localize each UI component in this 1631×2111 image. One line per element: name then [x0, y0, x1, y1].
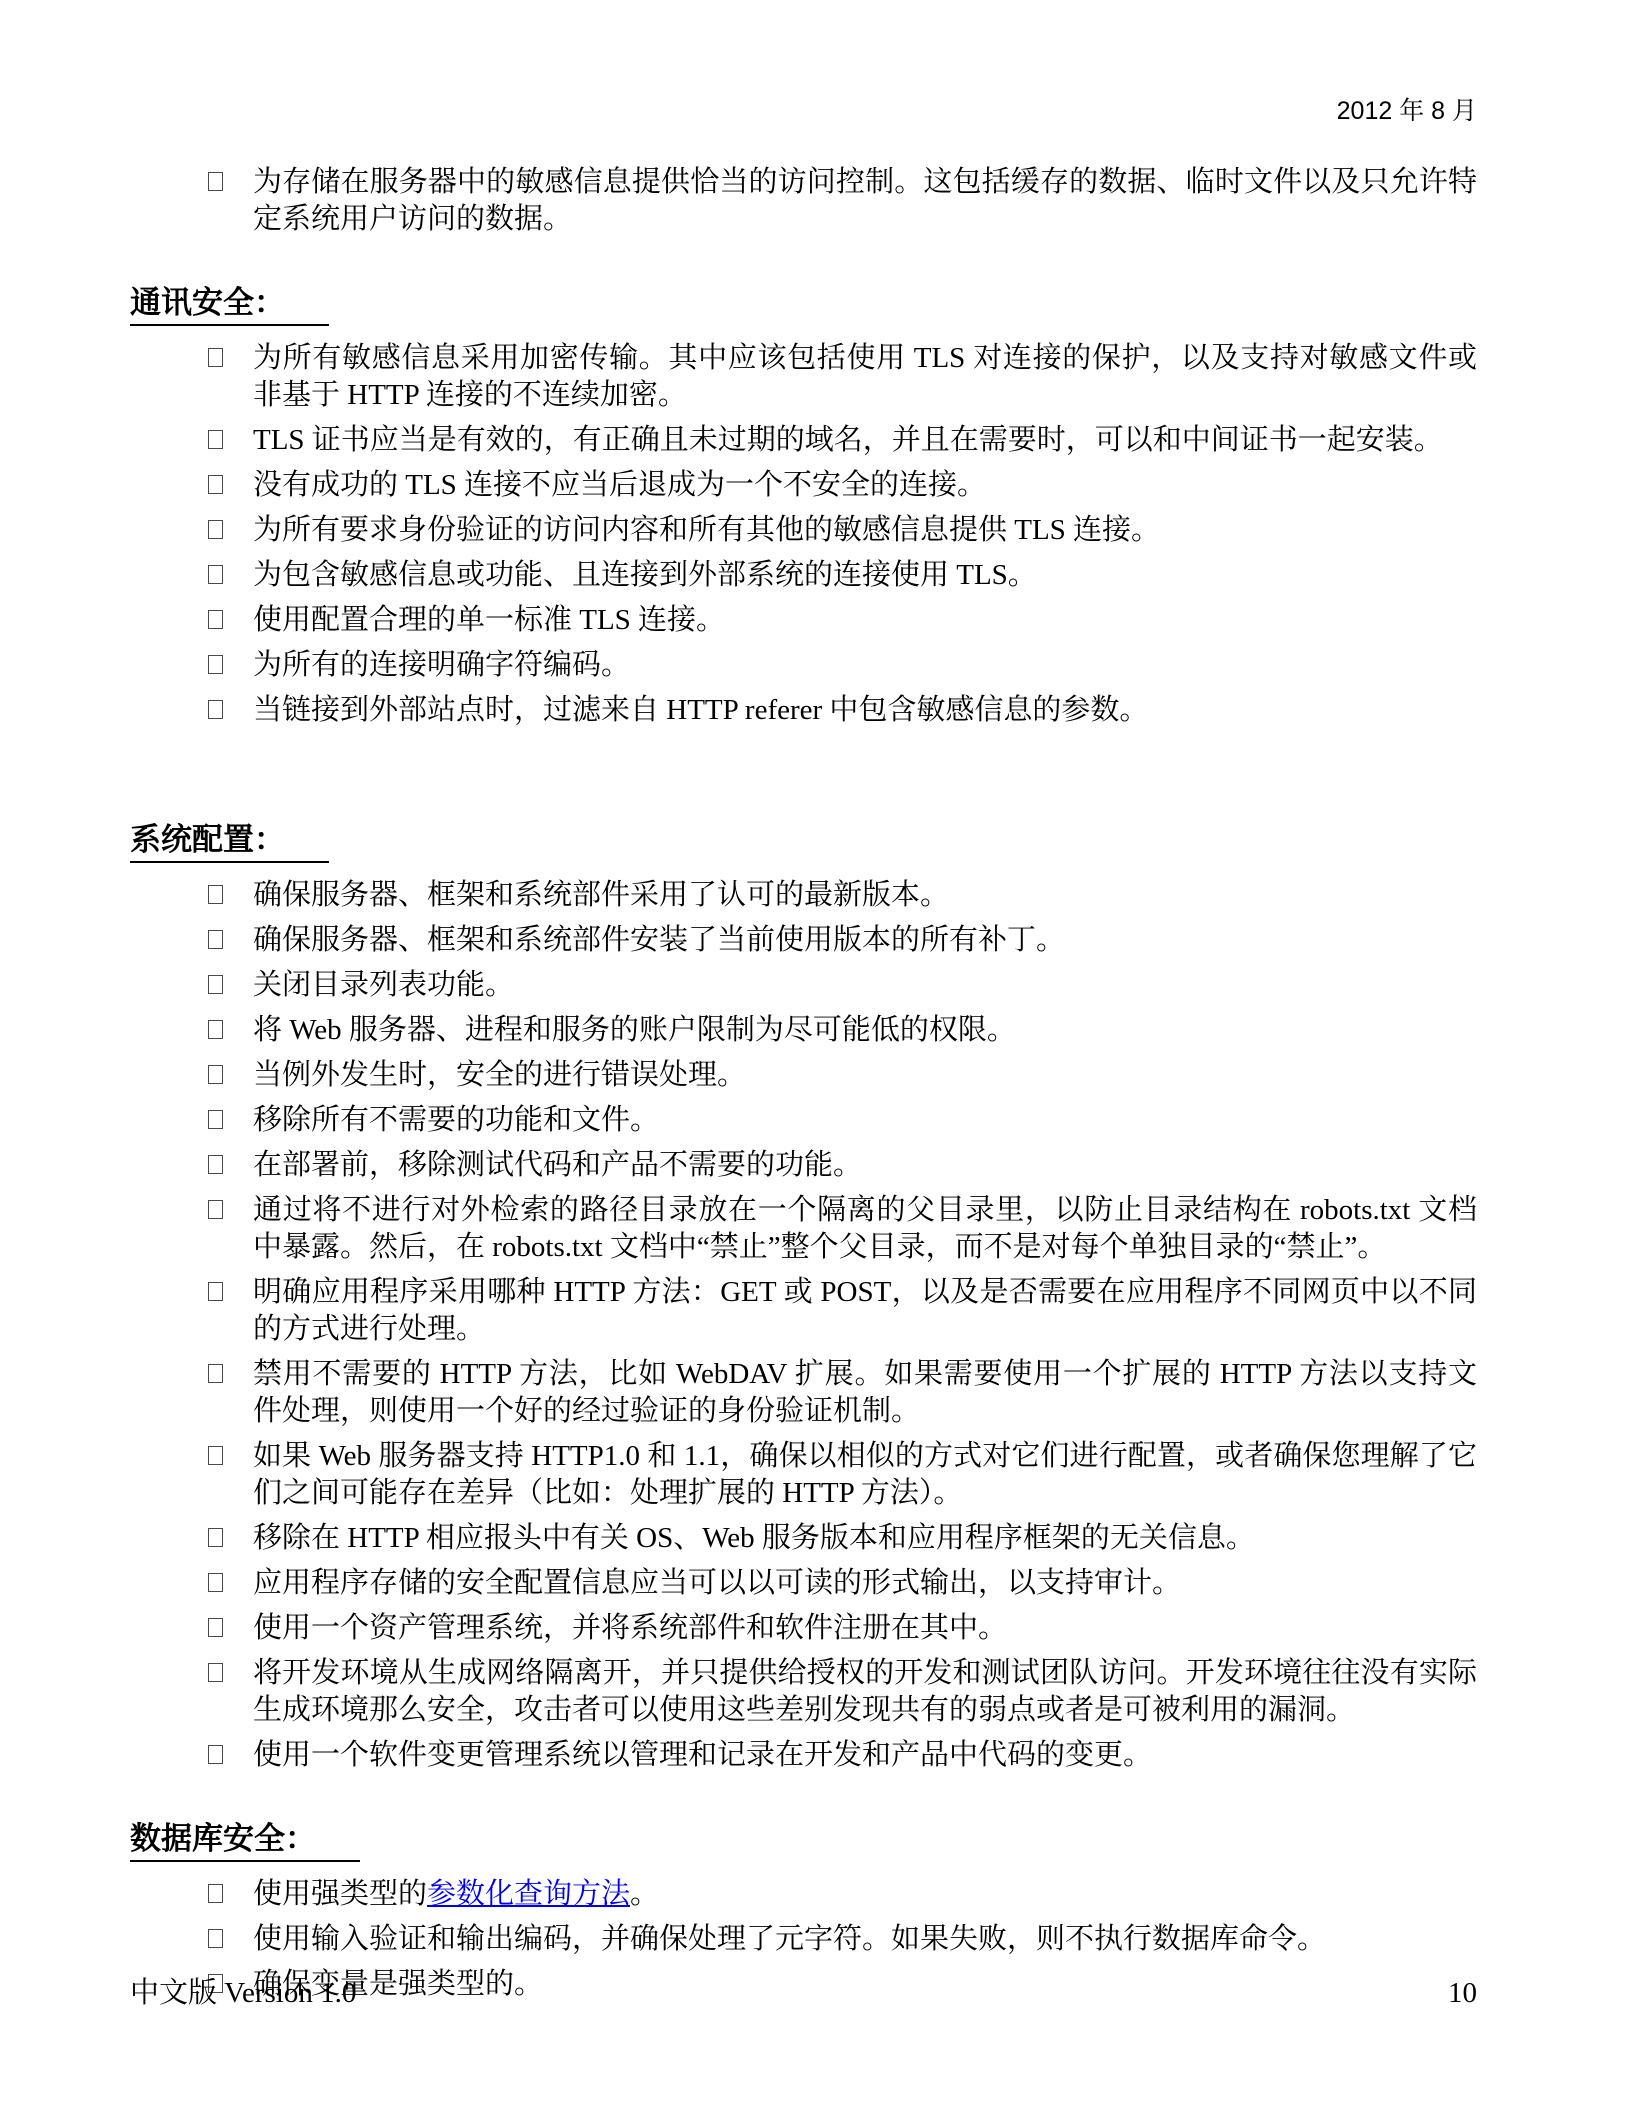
checklist-item: 没有成功的 TLS 连接不应当后退成为一个不安全的连接。 — [208, 467, 1477, 504]
checkbox-icon — [208, 1528, 223, 1547]
checklist-item: 使用一个软件变更管理系统以管理和记录在开发和产品中代码的变更。 — [208, 1737, 1477, 1774]
checklist-item-text: 通过将不进行对外检索的路径目录放在一个隔离的父目录里，以防止目录结构在 robo… — [253, 1192, 1477, 1266]
checklist-item: 在部署前，移除测试代码和产品不需要的功能。 — [208, 1147, 1477, 1184]
checklist-item-text: 当例外发生时，安全的进行错误处理。 — [253, 1057, 1477, 1094]
checklist-item-text: 使用输入验证和输出编码，并确保处理了元字符。如果失败，则不执行数据库命令。 — [253, 1921, 1477, 1958]
checklist-item-text: 为存储在服务器中的敏感信息提供恰当的访问控制。这包括缓存的数据、临时文件以及只允… — [253, 164, 1477, 238]
checkbox-icon — [208, 1884, 223, 1903]
checklist-item: 确保服务器、框架和系统部件安装了当前使用版本的所有补丁。 — [208, 922, 1477, 959]
checklist-item: TLS 证书应当是有效的，有正确且未过期的域名，并且在需要时，可以和中间证书一起… — [208, 422, 1477, 459]
checkbox-icon — [208, 520, 223, 539]
checklist-item: 关闭目录列表功能。 — [208, 967, 1477, 1004]
header-date: 2012 年 8 月 — [1337, 97, 1477, 125]
checklist-item: 使用强类型的参数化查询方法。 — [208, 1876, 1477, 1913]
checklist-item-text: 禁用不需要的 HTTP 方法，比如 WebDAV 扩展。如果需要使用一个扩展的 … — [253, 1356, 1477, 1430]
checklist-item: 通过将不进行对外检索的路径目录放在一个隔离的父目录里，以防止目录结构在 robo… — [208, 1192, 1477, 1266]
checklist-item-text: 如果 Web 服务器支持 HTTP1.0 和 1.1，确保以相似的方式对它们进行… — [253, 1438, 1477, 1512]
checklist-item-text: 确保服务器、框架和系统部件安装了当前使用版本的所有补丁。 — [253, 922, 1477, 959]
checklist-item: 为存储在服务器中的敏感信息提供恰当的访问控制。这包括缓存的数据、临时文件以及只允… — [208, 164, 1477, 238]
checklist-item-text: 为所有要求身份验证的访问内容和所有其他的敏感信息提供 TLS 连接。 — [253, 512, 1477, 549]
checkbox-icon — [208, 1663, 223, 1682]
page-number: 10 — [1448, 1975, 1477, 2012]
link-prefix-text: 使用强类型的 — [253, 1878, 427, 1910]
checklist-item-text: 为包含敏感信息或功能、且连接到外部系统的连接使用 TLS。 — [253, 557, 1477, 594]
checklist-item-text: 为所有的连接明确字符编码。 — [253, 647, 1477, 684]
checklist-item: 使用配置合理的单一标准 TLS 连接。 — [208, 602, 1477, 639]
checklist-item: 使用输入验证和输出编码，并确保处理了元字符。如果失败，则不执行数据库命令。 — [208, 1921, 1477, 1958]
checklist-item-text: 没有成功的 TLS 连接不应当后退成为一个不安全的连接。 — [253, 467, 1477, 504]
checkbox-icon — [208, 1020, 223, 1039]
checklist-item: 为包含敏感信息或功能、且连接到外部系统的连接使用 TLS。 — [208, 557, 1477, 594]
footer-version-label: 中文版 Version 1.0 — [130, 1975, 356, 2012]
checkbox-icon — [208, 565, 223, 584]
section-title-row: 通讯安全： — [130, 284, 1477, 326]
document-section: 系统配置：确保服务器、框架和系统部件采用了认可的最新版本。确保服务器、框架和系统… — [130, 821, 1477, 1774]
checklist-item-text: 应用程序存储的安全配置信息应当可以以可读的形式输出，以支持审计。 — [253, 1565, 1477, 1602]
checkbox-icon — [208, 1200, 223, 1219]
sections-container: 通讯安全：为所有敏感信息采用加密传输。其中应该包括使用 TLS 对连接的保护，以… — [130, 284, 1477, 2003]
checklist-item: 将开发环境从生成网络隔离开，并只提供给授权的开发和测试团队访问。开发环境往往没有… — [208, 1655, 1477, 1729]
document-page: 2012 年 8 月 为存储在服务器中的敏感信息提供恰当的访问控制。这包括缓存的… — [0, 0, 1631, 2111]
checklist-item-text: 移除在 HTTP 相应报头中有关 OS、Web 服务版本和应用程序框架的无关信息… — [253, 1520, 1477, 1557]
checkbox-icon — [208, 1618, 223, 1637]
checkbox-icon — [208, 1155, 223, 1174]
checklist-item: 为所有的连接明确字符编码。 — [208, 647, 1477, 684]
checkbox-icon — [208, 930, 223, 949]
checkbox-icon — [208, 172, 223, 191]
checkbox-icon — [208, 1929, 223, 1948]
checklist-item-text: 确保服务器、框架和系统部件采用了认可的最新版本。 — [253, 877, 1477, 914]
parameterized-query-link[interactable]: 参数化查询方法 — [427, 1878, 630, 1910]
checkbox-icon — [208, 975, 223, 994]
checklist-item: 确保服务器、框架和系统部件采用了认可的最新版本。 — [208, 877, 1477, 914]
checkbox-icon — [208, 475, 223, 494]
checklist-item: 应用程序存储的安全配置信息应当可以以可读的形式输出，以支持审计。 — [208, 1565, 1477, 1602]
checklist-item: 使用一个资产管理系统，并将系统部件和软件注册在其中。 — [208, 1610, 1477, 1647]
checklist-item: 禁用不需要的 HTTP 方法，比如 WebDAV 扩展。如果需要使用一个扩展的 … — [208, 1356, 1477, 1430]
checkbox-icon — [208, 610, 223, 629]
checkbox-icon — [208, 1065, 223, 1084]
checklist-item-text: 使用配置合理的单一标准 TLS 连接。 — [253, 602, 1477, 639]
checklist-item-text: TLS 证书应当是有效的，有正确且未过期的域名，并且在需要时，可以和中间证书一起… — [253, 422, 1477, 459]
section-title: 通讯安全： — [130, 284, 329, 326]
checklist-item: 当链接到外部站点时，过滤来自 HTTP referer 中包含敏感信息的参数。 — [208, 692, 1477, 729]
section-title-row: 系统配置： — [130, 821, 1477, 863]
checklist-item-text: 使用一个软件变更管理系统以管理和记录在开发和产品中代码的变更。 — [253, 1737, 1477, 1774]
checkbox-icon — [208, 1745, 223, 1764]
checklist-item-text: 使用强类型的参数化查询方法。 — [253, 1876, 1477, 1913]
checklist-item-text: 当链接到外部站点时，过滤来自 HTTP referer 中包含敏感信息的参数。 — [253, 692, 1477, 729]
checklist-item: 为所有要求身份验证的访问内容和所有其他的敏感信息提供 TLS 连接。 — [208, 512, 1477, 549]
checklist-item: 当例外发生时，安全的进行错误处理。 — [208, 1057, 1477, 1094]
checkbox-icon — [208, 1364, 223, 1383]
checklist-item-text: 明确应用程序采用哪种 HTTP 方法：GET 或 POST，以及是否需要在应用程… — [253, 1274, 1477, 1348]
checklist-item: 移除在 HTTP 相应报头中有关 OS、Web 服务版本和应用程序框架的无关信息… — [208, 1520, 1477, 1557]
checkbox-icon — [208, 1282, 223, 1301]
checklist-item-text: 使用一个资产管理系统，并将系统部件和软件注册在其中。 — [253, 1610, 1477, 1647]
checklist-item-text: 在部署前，移除测试代码和产品不需要的功能。 — [253, 1147, 1477, 1184]
checklist-item-text: 移除所有不需要的功能和文件。 — [253, 1102, 1477, 1139]
checkbox-icon — [208, 348, 223, 367]
checklist-item-text: 为所有敏感信息采用加密传输。其中应该包括使用 TLS 对连接的保护，以及支持对敏… — [253, 340, 1477, 414]
section-title: 数据库安全： — [130, 1820, 360, 1862]
checkbox-icon — [208, 1110, 223, 1129]
checklist-item: 将 Web 服务器、进程和服务的账户限制为尽可能低的权限。 — [208, 1012, 1477, 1049]
checkbox-icon — [208, 1446, 223, 1465]
checkbox-icon — [208, 430, 223, 449]
link-suffix-text: 。 — [630, 1878, 659, 1910]
checkbox-icon — [208, 885, 223, 904]
checklist-item: 明确应用程序采用哪种 HTTP 方法：GET 或 POST，以及是否需要在应用程… — [208, 1274, 1477, 1348]
checkbox-icon — [208, 655, 223, 674]
intro-checklist: 为存储在服务器中的敏感信息提供恰当的访问控制。这包括缓存的数据、临时文件以及只允… — [130, 164, 1477, 238]
checklist-item-text: 关闭目录列表功能。 — [253, 967, 1477, 1004]
checklist-item: 如果 Web 服务器支持 HTTP1.0 和 1.1，确保以相似的方式对它们进行… — [208, 1438, 1477, 1512]
checklist-item-text: 将开发环境从生成网络隔离开，并只提供给授权的开发和测试团队访问。开发环境往往没有… — [253, 1655, 1477, 1729]
section-title-row: 数据库安全： — [130, 1820, 1477, 1862]
checkbox-icon — [208, 1573, 223, 1592]
document-section: 通讯安全：为所有敏感信息采用加密传输。其中应该包括使用 TLS 对连接的保护，以… — [130, 284, 1477, 729]
checkbox-icon — [208, 700, 223, 719]
checklist-item: 移除所有不需要的功能和文件。 — [208, 1102, 1477, 1139]
page-footer: 中文版 Version 1.0 10 — [130, 1975, 1477, 2012]
section-title: 系统配置： — [130, 821, 329, 863]
page-header: 2012 年 8 月 — [130, 96, 1477, 126]
checklist-item: 为所有敏感信息采用加密传输。其中应该包括使用 TLS 对连接的保护，以及支持对敏… — [208, 340, 1477, 414]
checklist-item-text: 将 Web 服务器、进程和服务的账户限制为尽可能低的权限。 — [253, 1012, 1477, 1049]
